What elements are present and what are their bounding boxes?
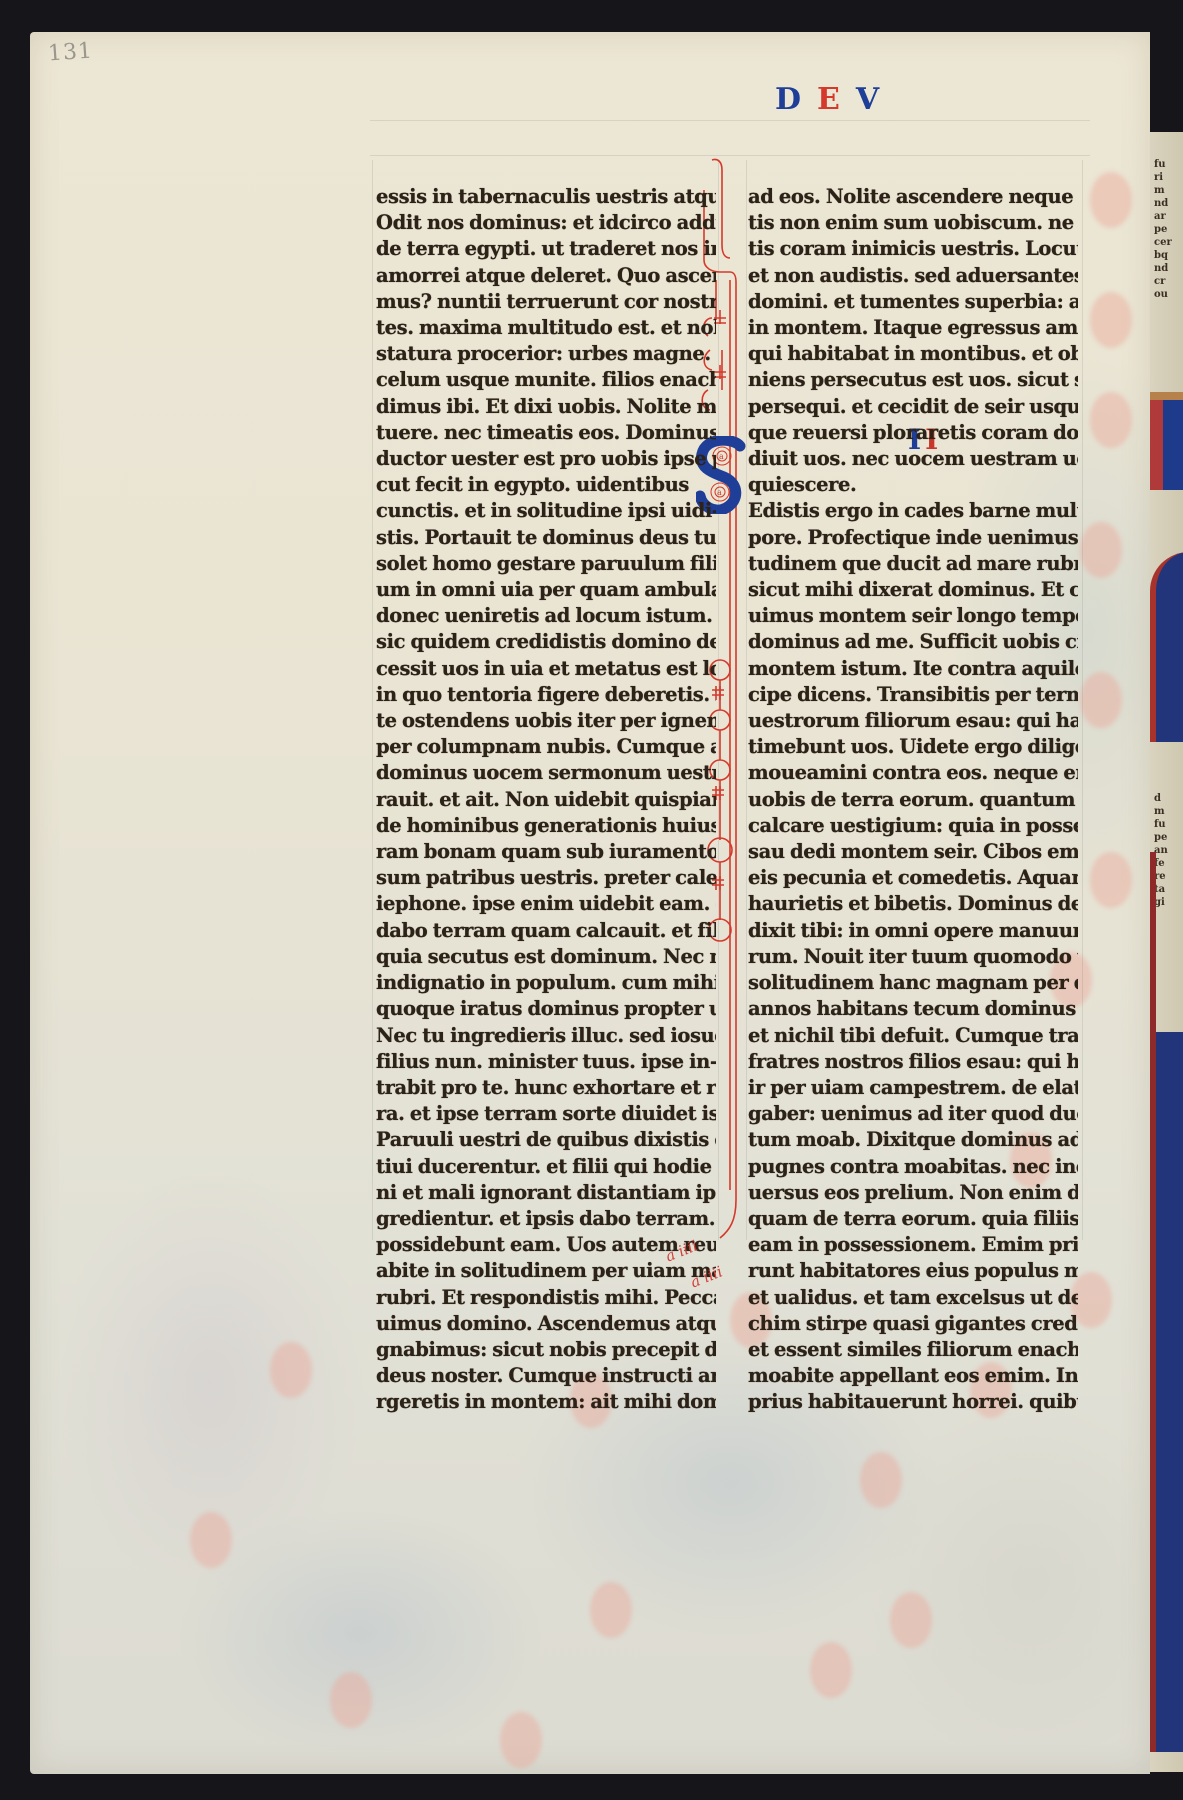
- text-line: Paruuli uestri de quibus dixistis quod c…: [376, 1127, 716, 1153]
- text-line: essis in tabernaculis uestris atque dixi…: [376, 184, 716, 210]
- adjacent-initial-decoration: [1150, 392, 1183, 490]
- text-line: annos habitans tecum dominus deus tuus.: [748, 996, 1078, 1022]
- text-line: celum usque munite. filios enachim ui-: [376, 367, 716, 393]
- bleed-through-dot: [270, 1342, 312, 1398]
- text-line: per columpnam nubis. Cumque audisset: [376, 734, 716, 760]
- text-line: uimus domino. Ascendemus atque pu-: [376, 1311, 716, 1337]
- text-line: diuit uos. nec uocem uestram uoluit ac-: [748, 446, 1078, 472]
- text-line: sum patribus uestris. preter caleph fili…: [376, 865, 716, 891]
- text-line: tuere. nec timeatis eos. Dominus deus qu…: [376, 420, 716, 446]
- text-line: Nec tu ingredieris illuc. sed iosue: [376, 1023, 716, 1049]
- text-line: um in omni uia per quam ambulastis: [376, 577, 716, 603]
- text-line: et essent similes filiorum enachim. Deni…: [748, 1337, 1078, 1363]
- text-line: ram bonam quam sub iuramento pollicitus: [376, 839, 716, 865]
- adjacent-text-fragment: furimndarpecerbqndcrou: [1154, 158, 1172, 301]
- text-line: fratres nostros filios esau: qui habitab…: [748, 1049, 1078, 1075]
- text-line: dixit tibi: in omni opere manuum tua-: [748, 918, 1078, 944]
- text-line: rum. Nouit iter tuum quomodo transieris: [748, 944, 1078, 970]
- text-line: mus? nuntii terruerunt cor nostrum dicen…: [376, 289, 716, 315]
- text-line: solitudinem hanc magnam per quadraginta: [748, 970, 1078, 996]
- text-line: timebunt uos. Uidete ergo diligenter ne: [748, 734, 1078, 760]
- text-line: gredientur. et ipsis dabo terram. et ips…: [376, 1206, 716, 1232]
- text-line: rauit. et ait. Non uidebit quispiam: [376, 787, 716, 813]
- text-line: gaber: uenimus ad iter quod ducit in des…: [748, 1101, 1078, 1127]
- bleed-through-dot: [1090, 292, 1132, 348]
- text-line: eis pecunia et comedetis. Aquam emptam: [748, 865, 1078, 891]
- text-line: prius habitauerunt horrei. quibus expuls…: [748, 1389, 1078, 1415]
- text-line: indignatio in populum. cum mihi: [376, 970, 716, 996]
- text-line: ra. et ipse terram sorte diuidet israel.: [376, 1101, 716, 1127]
- text-line: in montem. Itaque egressus amorreus: [748, 315, 1078, 341]
- ruling-line: [370, 120, 1090, 121]
- text-line: gnabimus: sicut nobis precepit dominus: [376, 1337, 716, 1363]
- bleed-through-dot: [330, 1672, 372, 1728]
- text-line: montem istum. Ite contra aquilonem. et p…: [748, 656, 1078, 682]
- text-line: runt habitatores eius populus magnus: [748, 1258, 1078, 1284]
- text-line: pore. Profectique inde uenimus in soli-: [748, 525, 1078, 551]
- adjacent-page-edge: furimndarpecerbqndcrou dmfupeanferetagi: [1150, 132, 1183, 1772]
- text-line: uestrorum filiorum esau: qui habitant in…: [748, 708, 1078, 734]
- header-letter-v: V: [856, 82, 881, 117]
- text-line: cessit uos in uia et metatus est locum: [376, 656, 716, 682]
- text-line: que reuersi ploraretis coram domino. non…: [748, 420, 1078, 446]
- text-line: trabit pro te. hunc exhortare et robo-: [376, 1075, 716, 1101]
- text-line: iephone. ipse enim uidebit eam. et ipsi: [376, 891, 716, 917]
- text-line: eam in possessionem. Emim primi fue-: [748, 1232, 1078, 1258]
- text-column-left: essis in tabernaculis uestris atque dixi…: [376, 184, 716, 1416]
- text-line: in quo tentoria figere deberetis. noc-: [376, 682, 716, 708]
- text-line: dominus ad me. Sufficit uobis circuire: [748, 629, 1078, 655]
- text-line: moabite appellant eos emim. In seir aute…: [748, 1363, 1078, 1389]
- svg-text:a: a: [719, 452, 724, 461]
- text-line: ni et mali ignorant distantiam ipsi in-: [376, 1180, 716, 1206]
- text-line: rgeretis in montem: ait mihi dominus. Di…: [376, 1389, 716, 1415]
- text-line: ductor uester est pro uobis ipse pugnabi…: [376, 446, 716, 472]
- text-line: statura procerior: urbes magne. et ad: [376, 341, 716, 367]
- text-line: persequi. et cecidit de seir usque horma…: [748, 394, 1078, 420]
- text-line: Edistis ergo in cades barne multo tem-: [748, 498, 1078, 524]
- text-line: cipe dicens. Transibitis per terminos fr…: [748, 682, 1078, 708]
- text-line: calcare uestigium: quia in possessionem …: [748, 813, 1078, 839]
- adjacent-historiated-initial: [1150, 552, 1183, 742]
- bleed-through-dot: [1090, 172, 1132, 228]
- text-line: uimus montem seir longo tempore. Dixitqu…: [748, 603, 1078, 629]
- text-line: Odit nos dominus: et idcirco adduxit nos: [376, 210, 716, 236]
- text-line: tum moab. Dixitque dominus ad me. Non: [748, 1127, 1078, 1153]
- text-line: rubri. Et respondistis mihi. Pecca-: [376, 1285, 716, 1311]
- text-line: de terra egypti. ut traderet nos in manu: [376, 236, 716, 262]
- text-line: sicut mihi dixerat dominus. Et circui-: [748, 577, 1078, 603]
- text-line: ir per uiam campestrem. de elath et de a…: [748, 1075, 1078, 1101]
- text-line: uersus eos prelium. Non enim dabo tibi q…: [748, 1180, 1078, 1206]
- bleed-through-dot: [500, 1712, 542, 1768]
- text-line: donec ueniretis ad locum istum. Et nec: [376, 603, 716, 629]
- text-line: quia secutus est dominum. Nec miranda: [376, 944, 716, 970]
- text-line: moueamini contra eos. neque enim dabo: [748, 760, 1078, 786]
- header-letter-d: D: [775, 82, 803, 117]
- text-line: abite in solitudinem per uiam maris: [376, 1258, 716, 1284]
- text-line: tudinem que ducit ad mare rubrum.: [748, 551, 1078, 577]
- ruling-line: [372, 160, 373, 1240]
- text-column-right: ad eos. Nolite ascendere neque pugne- ti…: [748, 184, 1078, 1416]
- text-line: et non audistis. sed aduersantes imperio: [748, 263, 1078, 289]
- text-line: cut fecit in egypto. uidentibus: [376, 472, 716, 498]
- adjacent-border-decoration: [1150, 852, 1183, 1752]
- svg-text:a: a: [717, 488, 722, 497]
- text-line: solet homo gestare paruulum filium su-: [376, 551, 716, 577]
- text-line: tes. maxima multitudo est. et nobis: [376, 315, 716, 341]
- text-line: te ostendens uobis iter per ignem. et di…: [376, 708, 716, 734]
- bleed-through-dot: [1090, 852, 1132, 908]
- text-line: qui habitabat in montibus. et obuiam ue-: [748, 341, 1078, 367]
- header-letter-e: E: [817, 82, 842, 117]
- text-line: domini. et tumentes superbia: ascendisti…: [748, 289, 1078, 315]
- text-line: stis. Portauit te dominus deus tuus. ut: [376, 525, 716, 551]
- text-line: cunctis. et in solitudine ipsi uidi-: [376, 498, 716, 524]
- text-line: de hominibus generationis huius pessime.…: [376, 813, 716, 839]
- text-line: dabo terram quam calcauit. et filiis eiu…: [376, 918, 716, 944]
- text-line: quoque iratus dominus propter uos dixeri…: [376, 996, 716, 1022]
- text-line: et nichil tibi defuit. Cumque transissem…: [748, 1023, 1078, 1049]
- text-line: et ualidus. et tam excelsus ut de ena-: [748, 1285, 1078, 1311]
- text-line: filius nun. minister tuus. ipse in-: [376, 1049, 716, 1075]
- text-line: sic quidem credidistis domino deo uestro…: [376, 629, 716, 655]
- bleed-through-dot: [590, 1582, 632, 1638]
- text-line: amorrei atque deleret. Quo ascende-: [376, 263, 716, 289]
- text-line: niens persecutus est uos. sicut solent a…: [748, 367, 1078, 393]
- bleed-through-dot: [810, 1642, 852, 1698]
- text-line: tiui ducerentur. et filii qui hodie bo-: [376, 1154, 716, 1180]
- bleed-through-dot: [890, 1592, 932, 1648]
- text-line: chim stirpe quasi gigantes crederentur:: [748, 1311, 1078, 1337]
- text-line: dimus ibi. Et dixi uobis. Nolite me-: [376, 394, 716, 420]
- ruling-line: [1082, 160, 1083, 1240]
- text-line: haurietis et bibetis. Dominus deus tuus …: [748, 891, 1078, 917]
- text-line: tis non enim sum uobiscum. ne cada-: [748, 210, 1078, 236]
- text-line: deus noster. Cumque instructi armis p-: [376, 1363, 716, 1389]
- bleed-through-dot: [190, 1512, 232, 1568]
- text-line: ad eos. Nolite ascendere neque pugne-: [748, 184, 1078, 210]
- text-line: uobis de terra eorum. quantum potest uni…: [748, 787, 1078, 813]
- text-line: quiescere.: [748, 472, 1078, 498]
- bleed-through-dot: [1090, 392, 1132, 448]
- text-line: pugnes contra moabitas. nec ineas ad-: [748, 1154, 1078, 1180]
- running-header: D E V: [775, 82, 881, 117]
- bleed-through-dot: [1080, 672, 1122, 728]
- bleed-through-dot: [1080, 522, 1122, 578]
- bleed-through-dot: [860, 1452, 902, 1508]
- folio-number: 131: [47, 38, 94, 66]
- text-line: tis coram inimicis uestris. Locutus sum: [748, 236, 1078, 262]
- text-line: sau dedi montem seir. Cibos emetis ab: [748, 839, 1078, 865]
- text-line: quam de terra eorum. quia filiis loth tr…: [748, 1206, 1078, 1232]
- text-line: dominus uocem sermonum uestrorum. iratus…: [376, 760, 716, 786]
